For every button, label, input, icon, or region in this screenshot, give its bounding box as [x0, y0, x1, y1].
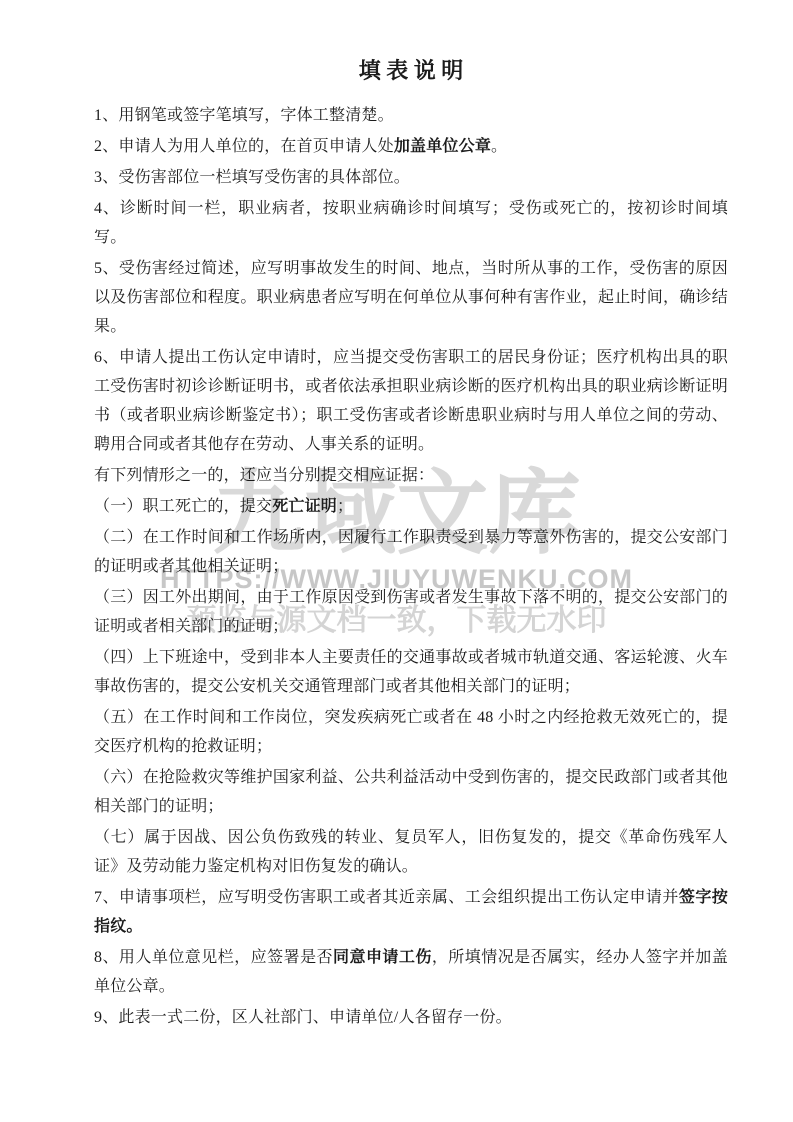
text-segment: （五）在工作时间和工作岗位，突发疾病死亡或者在 48 小时之内经抢救无效死亡的，… — [94, 709, 728, 755]
emphasis-text: 加盖单位公章 — [394, 138, 491, 155]
text-segment: （二）在工作时间和工作场所内，因履行工作职责受到暴力等意外伤害的，提交公安部门的… — [94, 529, 728, 575]
paragraph: 1、用钢笔或签字笔填写，字体工整清楚。 — [94, 101, 728, 130]
text-segment: 5、受伤害经过简述，应写明事故发生的时间、地点，当时所从事的工作，受伤害的原因以… — [94, 260, 728, 335]
text-segment: 1、用钢笔或签字笔填写，字体工整清楚。 — [94, 107, 394, 124]
text-segment: （一）职工死亡的，提交 — [94, 498, 272, 515]
text-segment: 3、受伤害部位一栏填写受伤害的具体部位。 — [94, 169, 410, 186]
paragraph: 3、受伤害部位一栏填写受伤害的具体部位。 — [94, 163, 728, 192]
paragraph: （一）职工死亡的，提交死亡证明； — [94, 492, 728, 521]
paragraph: （五）在工作时间和工作岗位，突发疾病死亡或者在 48 小时之内经抢救无效死亡的，… — [94, 703, 728, 761]
paragraph: （七）属于因战、因公负伤致残的转业、复员军人，旧伤复发的，提交《革命伤残军人证》… — [94, 823, 728, 881]
emphasis-text: 同意申请工伤 — [333, 949, 432, 966]
document-content: 填 表 说 明 1、用钢笔或签字笔填写，字体工整清楚。2、申请人为用人单位的，在… — [0, 0, 793, 1032]
paragraph: （二）在工作时间和工作场所内，因履行工作职责受到暴力等意外伤害的，提交公安部门的… — [94, 523, 728, 581]
paragraph: （三）因工外出期间，由于工作原因受到伤害或者发生事故下落不明的，提交公安部门的证… — [94, 583, 728, 641]
paragraph: 8、用人单位意见栏，应签署是否同意申请工伤，所填情况是否属实，经办人签字并加盖单… — [94, 943, 728, 1001]
document-body: 1、用钢笔或签字笔填写，字体工整清楚。2、申请人为用人单位的，在首页申请人处加盖… — [94, 101, 728, 1032]
text-segment: 4、诊断时间一栏，职业病者，按职业病确诊时间填写；受伤或死亡的，按初诊时间填写。 — [94, 200, 728, 246]
text-segment: 9、此表一式二份，区人社部门、申请单位/人各留存一份。 — [94, 1009, 512, 1026]
text-segment: （四）上下班途中，受到非本人主要责任的交通事故或者城市轨道交通、客运轮渡、火车事… — [94, 649, 728, 695]
paragraph: 4、诊断时间一栏，职业病者，按职业病确诊时间填写；受伤或死亡的，按初诊时间填写。 — [94, 194, 728, 252]
document-page: 九域文库 HTTPS://WWW.JIUYUWENKU.COM 预览与源文档一致… — [0, 0, 793, 1122]
emphasis-text: 死亡证明 — [272, 498, 337, 515]
paragraph: （六）在抢险救灾等维护国家利益、公共利益活动中受到伤害的，提交民政部门或者其他相… — [94, 763, 728, 821]
text-segment: （七）属于因战、因公负伤致残的转业、复员军人，旧伤复发的，提交《革命伤残军人证》… — [94, 829, 728, 875]
text-segment: 6、申请人提出工伤认定申请时，应当提交受伤害职工的居民身份证；医疗机构出具的职工… — [94, 349, 728, 453]
page-title: 填 表 说 明 — [94, 56, 728, 86]
paragraph: 有下列情形之一的，还应当分别提交相应证据： — [94, 461, 728, 490]
text-segment: 7、申请事项栏，应写明受伤害职工或者其近亲属、工会组织提出工伤认定申请并 — [94, 889, 679, 906]
paragraph: 5、受伤害经过简述，应写明事故发生的时间、地点，当时所从事的工作，受伤害的原因以… — [94, 254, 728, 341]
text-segment: 8、用人单位意见栏，应签署是否 — [94, 949, 333, 966]
text-segment: 2、申请人为用人单位的，在首页申请人处 — [94, 138, 394, 155]
text-segment: ； — [337, 498, 353, 515]
paragraph: 7、申请事项栏，应写明受伤害职工或者其近亲属、工会组织提出工伤认定申请并签字按指… — [94, 883, 728, 941]
text-segment: 。 — [491, 138, 507, 155]
paragraph: 2、申请人为用人单位的，在首页申请人处加盖单位公章。 — [94, 132, 728, 161]
text-segment: （三）因工外出期间，由于工作原因受到伤害或者发生事故下落不明的，提交公安部门的证… — [94, 589, 728, 635]
paragraph: 6、申请人提出工伤认定申请时，应当提交受伤害职工的居民身份证；医疗机构出具的职工… — [94, 343, 728, 459]
paragraph: （四）上下班途中，受到非本人主要责任的交通事故或者城市轨道交通、客运轮渡、火车事… — [94, 643, 728, 701]
text-segment: 有下列情形之一的，还应当分别提交相应证据： — [94, 467, 434, 484]
paragraph: 9、此表一式二份，区人社部门、申请单位/人各留存一份。 — [94, 1003, 728, 1032]
text-segment: （六）在抢险救灾等维护国家利益、公共利益活动中受到伤害的，提交民政部门或者其他相… — [94, 769, 728, 815]
